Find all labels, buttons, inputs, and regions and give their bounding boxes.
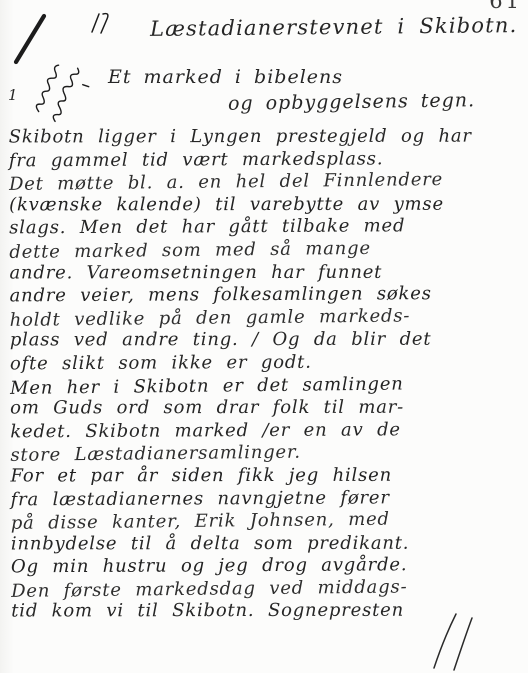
corner-scribble-annotation (0, 0, 150, 125)
manuscript-line: store Læstadianersamlinger. (10, 439, 524, 467)
stray-pen-strokes (428, 610, 498, 672)
manuscript-line: om Guds ord som drar folk til mar- (10, 397, 524, 420)
manuscript-line: For et par år siden fikk jeg hilsen (11, 464, 525, 487)
manuscript-page: 61 Læstadianerstevnet i Skibotn. Et mark… (0, 0, 528, 673)
subtitle-line-1: Et marked i bibelens (108, 66, 343, 88)
manuscript-line: dette marked som med så mange (9, 236, 523, 264)
page-number: 61 (489, 0, 522, 13)
manuscript-line: Det møtte bl. a. en hel del Finnlendere (9, 168, 523, 196)
manuscript-line: plass ved andre ting. / Og da blir det (10, 329, 524, 352)
manuscript-body: Skibotn ligger i Lyngen prestegjeld og h… (9, 125, 526, 625)
manuscript-line: innbydelse til å delta som predikant. (11, 532, 525, 555)
margin-number: 1 (8, 86, 18, 104)
manuscript-line: andre. Vareomsetningen har funnet (9, 261, 523, 284)
page-title: Læstadianerstevnet i Skibotn. (150, 13, 518, 41)
thick-slash-stroke (16, 16, 44, 62)
manuscript-line: Skibotn ligger i Lyngen prestegjeld og h… (9, 126, 523, 149)
subtitle-line-2: og opbyggelsens tegn. (228, 89, 475, 114)
manuscript-line: (kvænske kalende) til varebytte av ymse (9, 193, 523, 216)
manuscript-line: på disse kanter, Erik Johnsen, med (11, 507, 525, 535)
